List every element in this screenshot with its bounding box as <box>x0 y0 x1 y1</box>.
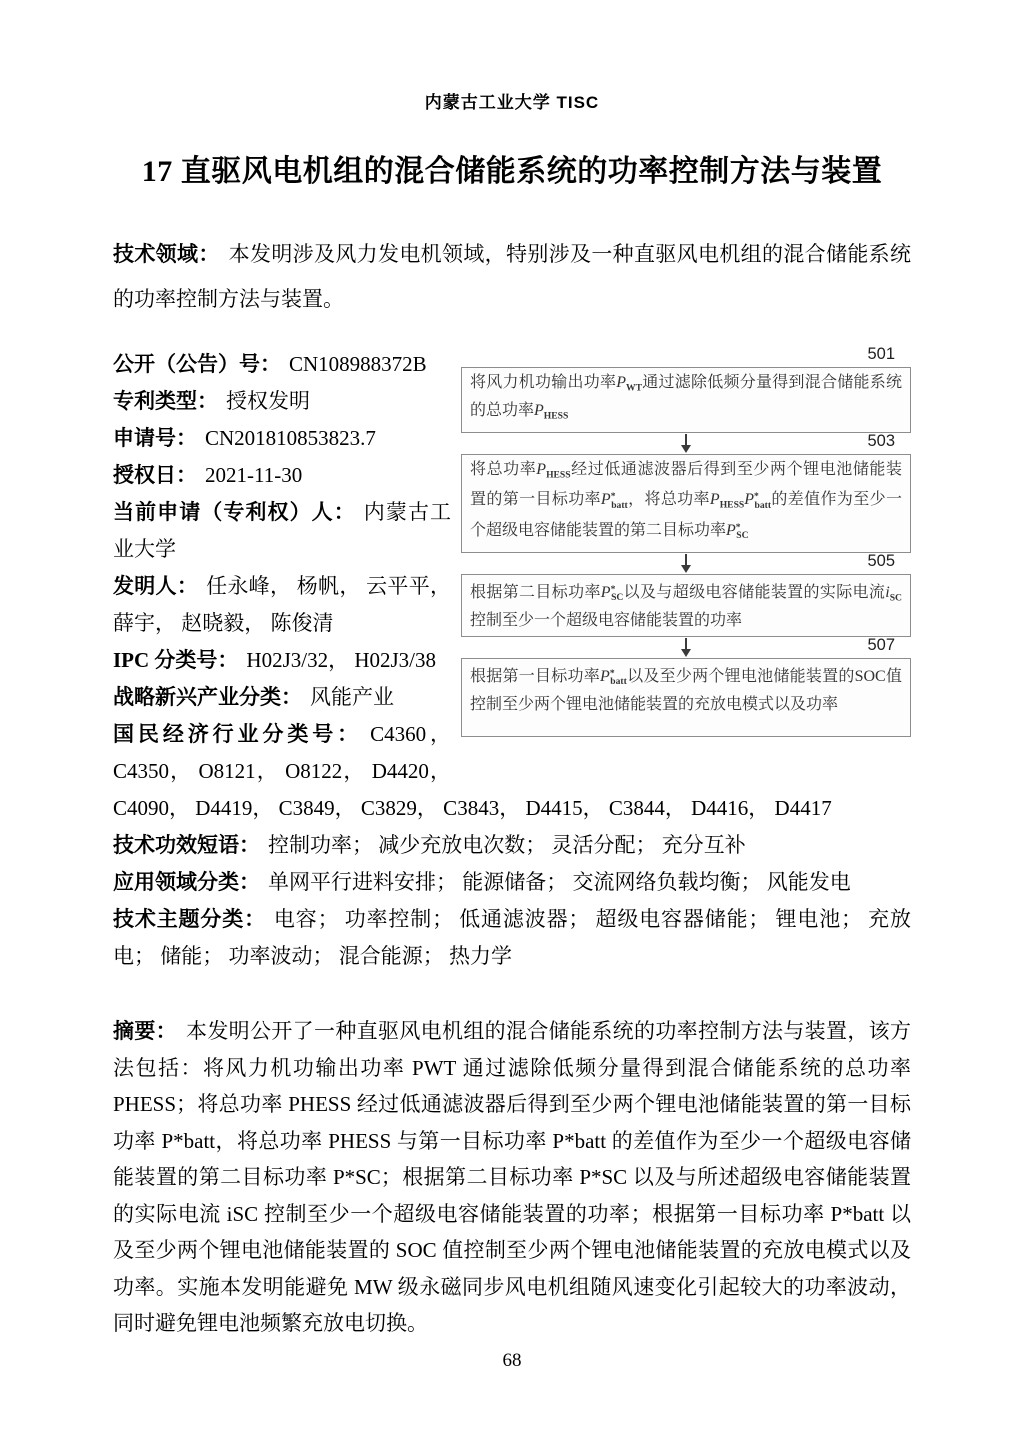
meta-value: 风能产业 <box>310 685 394 709</box>
page-title: 17 直驱风电机组的混合储能系统的功率控制方法与装置 <box>113 146 911 190</box>
meta-value: CN201810853823.7 <box>205 426 376 450</box>
abstract-paragraph: 摘要：本发明公开了一种直驱风电机组的混合储能系统的功率控制方法与装置，该方法包括… <box>113 1013 911 1342</box>
flowchart-label-row-507: 507 <box>461 637 911 658</box>
flowchart-step-box-507: 根据第一目标功率P*batt以及至少两个锂电池储能装置的SOC值控制至少两个锂电… <box>461 658 911 737</box>
meta-label: 战略新兴产业分类： <box>113 685 302 709</box>
meta-value: 控制功率； 减少充放电次数； 灵活分配； 充分互补 <box>268 833 746 857</box>
meta-label: IPC 分类号： <box>113 648 238 672</box>
step-number-505: 505 <box>867 551 895 572</box>
meta-label: 授权日： <box>113 463 197 487</box>
patent-document-page: 内蒙古工业大学 TISC 17 直驱风电机组的混合储能系统的功率控制方法与装置 … <box>0 0 1024 1448</box>
flowchart-label-row-505: 505 <box>461 553 911 574</box>
metadata-section: 501 将风力机功输出功率PWT通过滤除低频分量得到混合储能系统的总功率PHES… <box>113 346 911 975</box>
meta-value: CN108988372B <box>289 352 427 376</box>
meta-label: 当前申请（专利权）人： <box>113 500 356 524</box>
meta-label: 发明人： <box>113 574 198 598</box>
abstract-text: 本发明公开了一种直驱风电机组的混合储能系统的功率控制方法与装置，该方法包括：将风… <box>113 1019 911 1335</box>
abstract-label: 摘要： <box>113 1019 177 1043</box>
flowchart-step-text-507: 根据第一目标功率P*batt以及至少两个锂电池储能装置的SOC值控制至少两个锂电… <box>470 668 902 713</box>
flowchart-label-row-503: 503 <box>461 433 911 454</box>
arrow-down-icon <box>681 434 691 453</box>
meta-label: 公开（公告）号： <box>113 352 281 376</box>
meta-item-application-field: 应用领域分类：单网平行进料安排； 能源储备； 交流网络负载均衡； 风能发电 <box>113 864 911 901</box>
step-number-507: 507 <box>867 635 895 656</box>
document-header: 内蒙古工业大学 TISC <box>113 88 911 113</box>
flowchart-step-box-501: 将风力机功输出功率PWT通过滤除低频分量得到混合储能系统的总功率PHESS <box>461 367 911 433</box>
meta-label: 国民经济行业分类号： <box>113 722 362 746</box>
arrow-down-icon <box>681 554 691 573</box>
flowchart-figure: 501 将风力机功输出功率PWT通过滤除低频分量得到混合储能系统的总功率PHES… <box>461 346 911 737</box>
step-number-501: 501 <box>867 344 895 365</box>
tech-field-text: 本发明涉及风力发电机领域，特别涉及一种直驱风电机组的混合储能系统的功率控制方法与… <box>113 242 911 311</box>
meta-value: H02J3/32， H02J3/38 <box>246 648 436 672</box>
meta-label: 技术功效短语： <box>113 833 260 857</box>
meta-item-technical-effect-phrases: 技术功效短语：控制功率； 减少充放电次数； 灵活分配； 充分互补 <box>113 827 911 864</box>
tech-field-label: 技术领域： <box>113 242 220 266</box>
meta-label: 申请号： <box>113 426 197 450</box>
flowchart-step-text-505: 根据第二目标功率P*SC以及与超级电容储能装置的实际电流iSC控制至少一个超级电… <box>470 584 902 629</box>
page-number: 68 <box>113 1350 911 1372</box>
arrow-down-icon <box>681 638 691 657</box>
flowchart-step-text-503: 将总功率PHESS经过低通滤波器后得到至少两个锂电池储能装置的第一目标功率P*b… <box>470 461 902 539</box>
meta-label: 专利类型： <box>113 389 218 413</box>
meta-value: 授权发明 <box>226 389 310 413</box>
meta-item-technical-topics: 技术主题分类：电容； 功率控制； 低通滤波器； 超级电容器储能； 锂电池； 充放… <box>113 901 911 975</box>
step-number-503: 503 <box>867 431 895 452</box>
meta-value: 2021-11-30 <box>205 463 302 487</box>
flowchart-label-row-501: 501 <box>461 346 911 367</box>
tech-field-paragraph: 技术领域：本发明涉及风力发电机领域，特别涉及一种直驱风电机组的混合储能系统的功率… <box>113 232 911 322</box>
flowchart-step-box-503: 将总功率PHESS经过低通滤波器后得到至少两个锂电池储能装置的第一目标功率P*b… <box>461 454 911 553</box>
flowchart-step-text-501: 将风力机功输出功率PWT通过滤除低频分量得到混合储能系统的总功率PHESS <box>470 374 902 419</box>
flowchart-step-box-505: 根据第二目标功率P*SC以及与超级电容储能装置的实际电流iSC控制至少一个超级电… <box>461 574 911 637</box>
meta-label: 应用领域分类： <box>113 870 260 894</box>
meta-value: 单网平行进料安排； 能源储备； 交流网络负载均衡； 风能发电 <box>268 870 851 894</box>
meta-label: 技术主题分类： <box>113 907 266 931</box>
